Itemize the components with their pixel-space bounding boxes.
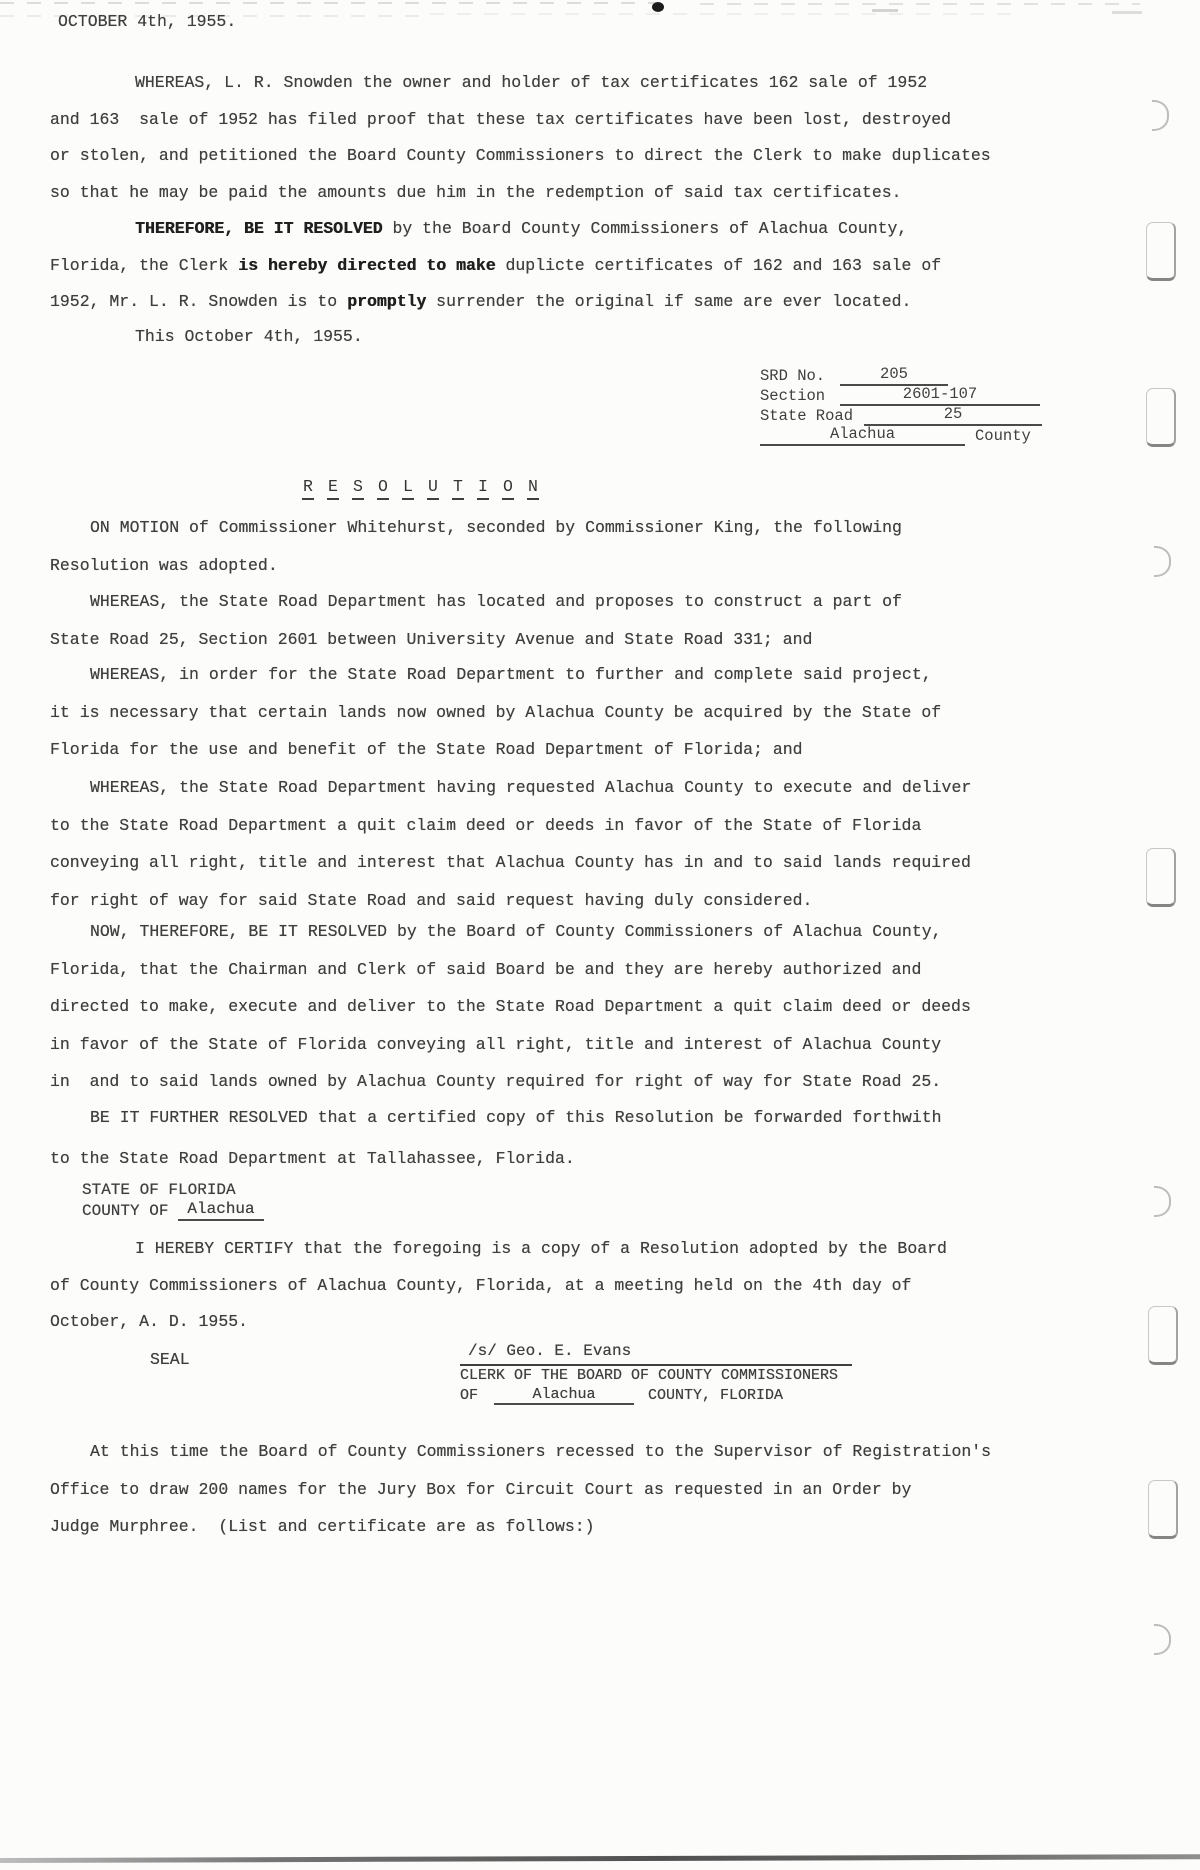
field-label: State Road	[760, 406, 864, 426]
dated-line: This October 4th, 1955.	[135, 327, 363, 346]
text-line: State Road 25, Section 2601 between Univ…	[50, 621, 902, 659]
srd-form: SRD No.205 Section2601-107 State Road25 …	[760, 365, 1042, 445]
text-line: of County Commissioners of Alachua Count…	[50, 1268, 947, 1305]
field-label: SRD No.	[760, 366, 840, 386]
text-line: At this time the Board of County Commiss…	[50, 1433, 991, 1471]
field-value: 2601-107	[840, 385, 1040, 406]
text-line: in favor of the State of Florida conveyi…	[50, 1026, 971, 1064]
bold-text: THEREFORE, BE IT RESOLVED	[135, 219, 383, 238]
text-line: or stolen, and petitioned the Board Coun…	[50, 138, 991, 175]
text-line: so that he may be paid the amounts due h…	[50, 175, 991, 212]
text-line: BE IT FURTHER RESOLVED that a certified …	[50, 1097, 942, 1138]
scan-artifact-smudge	[872, 9, 898, 12]
resolution-letter: N	[527, 477, 539, 500]
text-line: in and to said lands owned by Alachua Co…	[50, 1063, 971, 1101]
state-county-block: STATE OF FLORIDA COUNTY OF Alachua	[82, 1181, 264, 1219]
paragraph-now-therefore: NOW, THEREFORE, BE IT RESOLVED by the Bo…	[50, 913, 971, 1101]
scan-artifact-arc	[1154, 546, 1171, 577]
text-line: Resolution was adopted.	[50, 547, 902, 585]
paragraph-be-it-further: BE IT FURTHER RESOLVED that a certified …	[50, 1097, 942, 1179]
text-line: and 163 sale of 1952 has filed proof tha…	[50, 102, 991, 139]
text-line: to the State Road Department a quit clai…	[50, 807, 971, 845]
scan-artifact-hole	[1148, 1306, 1178, 1365]
scan-artifact-dot	[652, 2, 664, 12]
seal-label: SEAL	[150, 1350, 190, 1369]
srd-row: State Road25	[760, 405, 1042, 425]
text-line: WHEREAS, the State Road Department havin…	[50, 769, 971, 807]
paragraph-snowden: WHEREAS, L. R. Snowden the owner and hol…	[50, 65, 991, 211]
scanned-document-page: OCTOBER 4th, 1955. WHEREAS, L. R. Snowde…	[0, 0, 1200, 1870]
field-value: 25	[864, 405, 1042, 426]
srd-row: Section2601-107	[760, 385, 1042, 405]
clerk-county-line: OFAlachuaCOUNTY, FLORIDA	[460, 1386, 852, 1406]
resolution-letter: O	[502, 477, 514, 500]
field-label: Section	[760, 386, 840, 406]
resolution-letter: U	[427, 477, 439, 500]
text-line: WHEREAS, L. R. Snowden the owner and hol…	[50, 65, 991, 102]
srd-row: SRD No.205	[760, 365, 1042, 385]
text-segment: surrender the original if same are ever …	[426, 292, 911, 311]
text-segment: by the Board County Commissioners of Ala…	[383, 219, 908, 238]
resolution-letter: S	[352, 477, 364, 500]
resolution-letter: I	[477, 477, 489, 500]
text-line: Office to draw 200 names for the Jury Bo…	[50, 1471, 991, 1509]
scan-artifact-dashes	[430, 13, 1020, 15]
text-line: October, A. D. 1955.	[50, 1304, 947, 1341]
text-line: WHEREAS, the State Road Department has l…	[50, 583, 902, 621]
field-value: Alachua	[494, 1386, 634, 1405]
paragraph-whereas-complete: WHEREAS, in order for the State Road Dep…	[50, 656, 941, 769]
scan-artifact-arc	[1154, 1186, 1171, 1217]
scan-artifact-hole	[1146, 222, 1176, 281]
resolution-letter: L	[402, 477, 414, 500]
resolution-heading: RESOLUTION	[302, 477, 552, 500]
field-label: OF	[460, 1387, 478, 1404]
text-line: Florida, that the Chairman and Clerk of …	[50, 951, 971, 989]
text-segment: COUNTY, FLORIDA	[648, 1387, 783, 1404]
scan-artifact-dashes	[0, 2, 655, 4]
paragraph-recess: At this time the Board of County Commiss…	[50, 1433, 991, 1546]
text-line: NOW, THEREFORE, BE IT RESOLVED by the Bo…	[50, 913, 971, 951]
paragraph-therefore: THEREFORE, BE IT RESOLVED by the Board C…	[50, 211, 941, 321]
paragraph-whereas-request: WHEREAS, the State Road Department havin…	[50, 769, 971, 919]
field-label: COUNTY OF	[82, 1202, 178, 1220]
scan-artifact-hole	[1146, 388, 1176, 447]
bold-text: promptly	[347, 292, 426, 311]
text-line: Florida, the Clerk is hereby directed to…	[50, 248, 941, 285]
resolution-letter: O	[377, 477, 389, 500]
text-segment: Florida, the Clerk	[50, 256, 238, 275]
bold-text: is hereby directed to make	[238, 256, 495, 275]
text-line: WHEREAS, in order for the State Road Dep…	[50, 656, 941, 694]
srd-row: AlachuaCounty	[760, 425, 1042, 445]
resolution-letter: T	[452, 477, 464, 500]
clerk-title-line: CLERK OF THE BOARD OF COUNTY COMMISSIONE…	[460, 1366, 852, 1386]
scan-artifact-smudge	[1112, 11, 1142, 14]
text-line: STATE OF FLORIDA	[82, 1181, 264, 1200]
field-value: 205	[840, 365, 948, 386]
paragraph-whereas-locate: WHEREAS, the State Road Department has l…	[50, 583, 902, 658]
text-line: I HEREBY CERTIFY that the foregoing is a…	[50, 1231, 947, 1268]
text-line: conveying all right, title and interest …	[50, 844, 971, 882]
text-line: to the State Road Department at Tallahas…	[50, 1138, 942, 1179]
scan-artifact-dashes	[700, 3, 1140, 5]
text-line: THEREFORE, BE IT RESOLVED by the Board C…	[50, 211, 941, 248]
scan-artifact-arc	[1152, 100, 1169, 131]
text-line: ON MOTION of Commissioner Whitehurst, se…	[50, 509, 902, 547]
paragraph-certify: I HEREBY CERTIFY that the foregoing is a…	[50, 1231, 947, 1341]
scan-artifact-arc	[1154, 1624, 1171, 1655]
scan-artifact-bottom-line	[0, 1854, 1200, 1863]
text-segment: duplicte certificates of 162 and 163 sal…	[496, 256, 942, 275]
field-label: County	[975, 427, 1031, 445]
text-line: it is necessary that certain lands now o…	[50, 694, 941, 732]
text-segment: 1952, Mr. L. R. Snowden is to	[50, 292, 347, 311]
resolution-letter: R	[302, 477, 314, 500]
signature-line: /s/ Geo. E. Evans	[460, 1341, 852, 1366]
text-line: Judge Murphree. (List and certificate ar…	[50, 1508, 991, 1546]
text-line: 1952, Mr. L. R. Snowden is to promptly s…	[50, 284, 941, 321]
field-value: Alachua	[178, 1200, 264, 1221]
scan-artifact-hole	[1148, 1480, 1178, 1539]
text-line: COUNTY OF Alachua	[82, 1200, 264, 1219]
field-value: Alachua	[760, 425, 965, 446]
date-heading: OCTOBER 4th, 1955.	[58, 12, 236, 31]
signature-block: /s/ Geo. E. Evans CLERK OF THE BOARD OF …	[460, 1341, 852, 1405]
text-line: Florida for the use and benefit of the S…	[50, 731, 941, 769]
paragraph-on-motion: ON MOTION of Commissioner Whitehurst, se…	[50, 509, 902, 584]
resolution-letter: E	[327, 477, 339, 500]
scan-artifact-hole	[1146, 848, 1176, 907]
text-line: directed to make, execute and deliver to…	[50, 988, 971, 1026]
